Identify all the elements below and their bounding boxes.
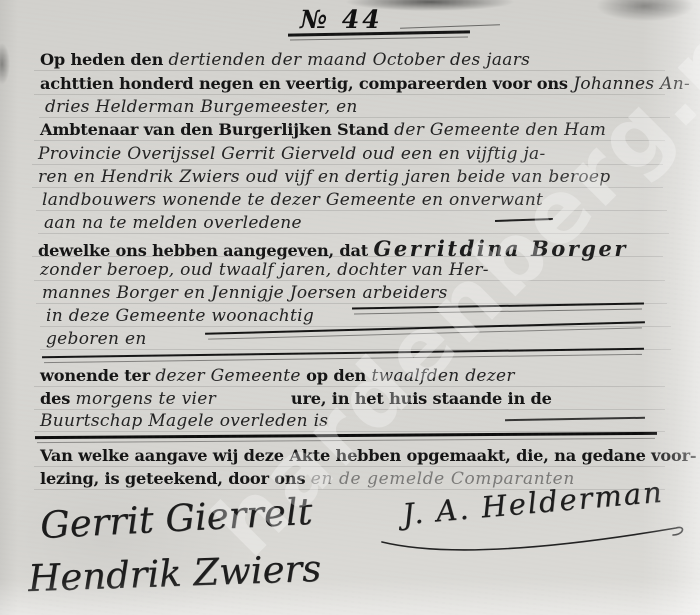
- form-text: lezing, is geteekend, door ons: [40, 469, 305, 488]
- ink-dash: [400, 24, 500, 28]
- filled-text: Johannes An-: [573, 74, 690, 94]
- filled-text: Buurtschap Magele overleden is: [40, 411, 328, 431]
- filled-text: mannes Borger en Jennigje Joersen arbeid…: [42, 283, 448, 303]
- form-text: wonende ter: [40, 366, 150, 385]
- death-certificate-scan: № 44 Op heden den dertienden der maand O…: [0, 0, 700, 615]
- act-line-02: achttien honderd negen en veertig, compa…: [40, 74, 665, 96]
- filled-text: dezer Gemeente: [155, 366, 300, 386]
- filled-text: twaalfden dezer: [372, 366, 515, 386]
- act-line-11: mannes Borger en Jennigje Joersen arbeid…: [42, 283, 667, 305]
- act-line-15: des morgens te vier ure, in het huis sta…: [40, 389, 665, 411]
- act-line-08: aan na te melden overledene: [44, 213, 669, 235]
- act-line-06: ren en Hendrik Zwiers oud vijf en dertig…: [38, 167, 663, 189]
- form-text: Ambtenaar van den Burgerlijken Stand: [40, 120, 389, 139]
- act-line-04: Ambtenaar van den Burgerlijken Stand der…: [40, 120, 665, 142]
- filled-text: landbouwers wonende te dezer Gemeente en…: [42, 190, 543, 210]
- act-line-01: Op heden den dertienden der maand Octobe…: [40, 50, 665, 72]
- form-text: dewelke ons hebben aangegeven, dat: [38, 241, 368, 260]
- act-line-12: in deze Gemeente woonachtig: [46, 306, 671, 328]
- filled-text: morgens te vier: [76, 389, 217, 409]
- ink-underline: [290, 36, 468, 40]
- form-text: achttien honderd negen en veertig, compa…: [40, 74, 568, 93]
- filled-text: dries Helderman Burgemeester, en: [45, 97, 358, 117]
- form-text: ure, in het huis staande in de: [291, 389, 552, 408]
- deceased-name: Gerritdina Borger: [374, 236, 628, 261]
- act-number: № 44: [300, 5, 383, 34]
- act-line-13: geboren en: [46, 329, 671, 351]
- form-text: op den: [306, 366, 366, 385]
- form-text: Van welke aangave wij deze Akte hebben o…: [40, 446, 696, 465]
- signature-declarant-2: Hendrik Zwiers: [27, 547, 321, 600]
- act-line-14: wonende ter dezer Gemeente op den twaalf…: [40, 366, 665, 388]
- filled-text: in deze Gemeente woonachtig: [46, 306, 314, 326]
- filled-text: dertienden der maand October des jaars: [169, 50, 531, 70]
- form-text: Op heden den: [40, 50, 163, 69]
- filled-text: der Gemeente den Ham: [394, 120, 606, 140]
- act-line-07: landbouwers wonende te dezer Gemeente en…: [42, 190, 667, 212]
- signature-declarant-1: Gerrit Gierrelt: [39, 490, 313, 547]
- filled-text: aan na te melden overledene: [44, 213, 302, 233]
- filled-text: zonder beroep, oud twaalf jaren, dochter…: [40, 260, 489, 280]
- separator-line: [37, 438, 655, 443]
- filled-text: Provincie Overijssel Gerrit Gierveld oud…: [38, 144, 546, 164]
- filled-text: geboren en: [46, 329, 147, 349]
- filled-text: ren en Hendrik Zwiers oud vijf en dertig…: [38, 167, 610, 187]
- act-line-17: Van welke aangave wij deze Akte hebben o…: [40, 446, 665, 468]
- act-line-10: zonder beroep, oud twaalf jaren, dochter…: [40, 260, 665, 282]
- ink-strike: [44, 354, 642, 363]
- act-line-03: dries Helderman Burgemeester, en: [45, 97, 670, 119]
- form-text: des: [40, 389, 70, 408]
- act-line-09: dewelke ons hebben aangegeven, dat Gerri…: [38, 236, 663, 258]
- act-line-16: Buurtschap Magele overleden is: [40, 411, 665, 433]
- act-line-05: Provincie Overijssel Gerrit Gierveld oud…: [38, 144, 663, 166]
